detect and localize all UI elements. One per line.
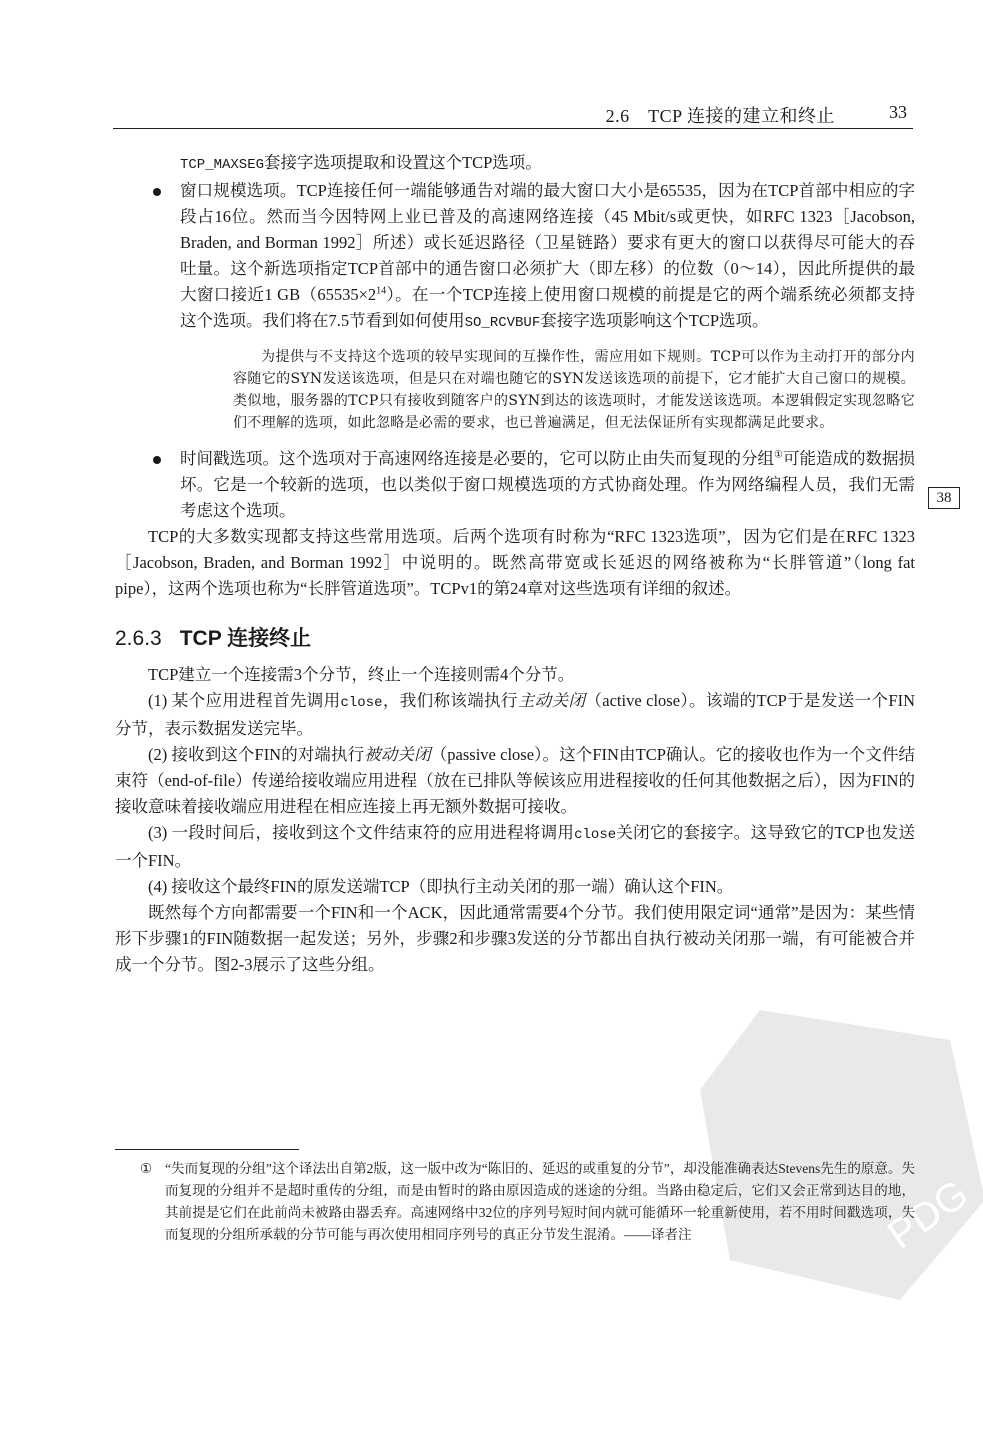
step-text: (1) 某个应用进程首先调用 — [148, 691, 340, 710]
footnote-marker: ① — [140, 1158, 152, 1180]
main-content: TCP_MAXSEG套接字选项提取和设置这个TCP选项。 窗口规模选项。TCP连… — [115, 150, 915, 978]
step-text: ，我们称该端执行 — [383, 691, 518, 710]
paragraph-rfc1323: TCP的大多数实现都支持这些常用选项。后两个选项有时称为“RFC 1323选项”… — [115, 524, 915, 602]
superscript-exponent: 14 — [376, 286, 386, 297]
bullet-timestamp: 时间戳选项。这个选项对于高速网络连接是必要的，它可以防止由失而复现的分组①可能造… — [115, 446, 915, 524]
step-text: (3) 一段时间后，接收到这个文件结束符的应用进程将调用 — [148, 823, 574, 842]
section-number: 2.6.3 — [115, 627, 162, 650]
bullet-text: 时间戳选项。这个选项对于高速网络连接是必要的，它可以防止由失而复现的分组 — [180, 449, 774, 468]
step-2: (2) 接收到这个FIN的对端执行被动关闭（passive close）。这个F… — [115, 742, 915, 820]
paragraph-maxseg: TCP_MAXSEG套接字选项提取和设置这个TCP选项。 — [115, 150, 915, 178]
footnote-1: ① “失而复现的分组”这个译法出自第2版，这一版中改为“陈旧的、延迟的或重复的分… — [140, 1158, 915, 1246]
term-passive-close: 被动关闭 — [364, 745, 430, 764]
footnotes: ① “失而复现的分组”这个译法出自第2版，这一版中改为“陈旧的、延迟的或重复的分… — [140, 1158, 915, 1246]
section-title: TCP 连接终止 — [180, 627, 311, 650]
code-tcp-maxseg: TCP_MAXSEG — [180, 157, 264, 173]
footnote-divider — [115, 1149, 299, 1150]
section-heading: 2.6.3TCP 连接终止 — [115, 622, 915, 652]
watermark-seal-icon: PDG — [700, 1000, 983, 1300]
footnote-text: “失而复现的分组”这个译法出自第2版，这一版中改为“陈旧的、延迟的或重复的分节”… — [165, 1161, 915, 1242]
step-1: (1) 某个应用进程首先调用close，我们称该端执行主动关闭（active c… — [115, 688, 915, 742]
page-number: 33 — [889, 102, 907, 123]
bullet-dot-icon — [153, 188, 161, 196]
margin-page-reference: 38 — [928, 487, 960, 509]
paragraph-intro: TCP建立一个连接需3个分节，终止一个连接则需4个分节。 — [115, 662, 915, 688]
bullet-window-scale: 窗口规模选项。TCP连接任何一端能够通告对端的最大窗口大小是65535，因为在T… — [115, 178, 915, 336]
paragraph-final: 既然每个方向都需要一个FIN和一个ACK，因此通常需要4个分节。我们使用限定词“… — [115, 900, 915, 978]
term-active-close: 主动关闭 — [518, 691, 586, 710]
step-4: (4) 接收这个最终FIN的原发送端TCP（即执行主动关闭的那一端）确认这个FI… — [115, 874, 915, 900]
step-3: (3) 一段时间后，接收到这个文件结束符的应用进程将调用close关闭它的套接字… — [115, 820, 915, 874]
page-header: 2.6 TCP 连接的建立和终止 33 — [113, 98, 913, 129]
bullet-dot-icon — [153, 456, 161, 464]
code-close: close — [574, 827, 616, 843]
paragraph-text: 套接字选项提取和设置这个TCP选项。 — [264, 153, 542, 172]
bullet-text: 套接字选项影响这个TCP选项。 — [540, 311, 768, 330]
code-so-rcvbuf: SO_RCVBUF — [465, 315, 541, 331]
note-block: 为提供与不支持这个选项的较早实现间的互操作性，需应用如下规则。TCP可以作为主动… — [233, 346, 915, 434]
step-text: (2) 接收到这个FIN的对端执行 — [148, 745, 364, 764]
footnote-reference-link[interactable]: ① — [774, 450, 783, 461]
code-close: close — [340, 695, 382, 711]
running-title: 2.6 TCP 连接的建立和终止 — [606, 102, 835, 128]
